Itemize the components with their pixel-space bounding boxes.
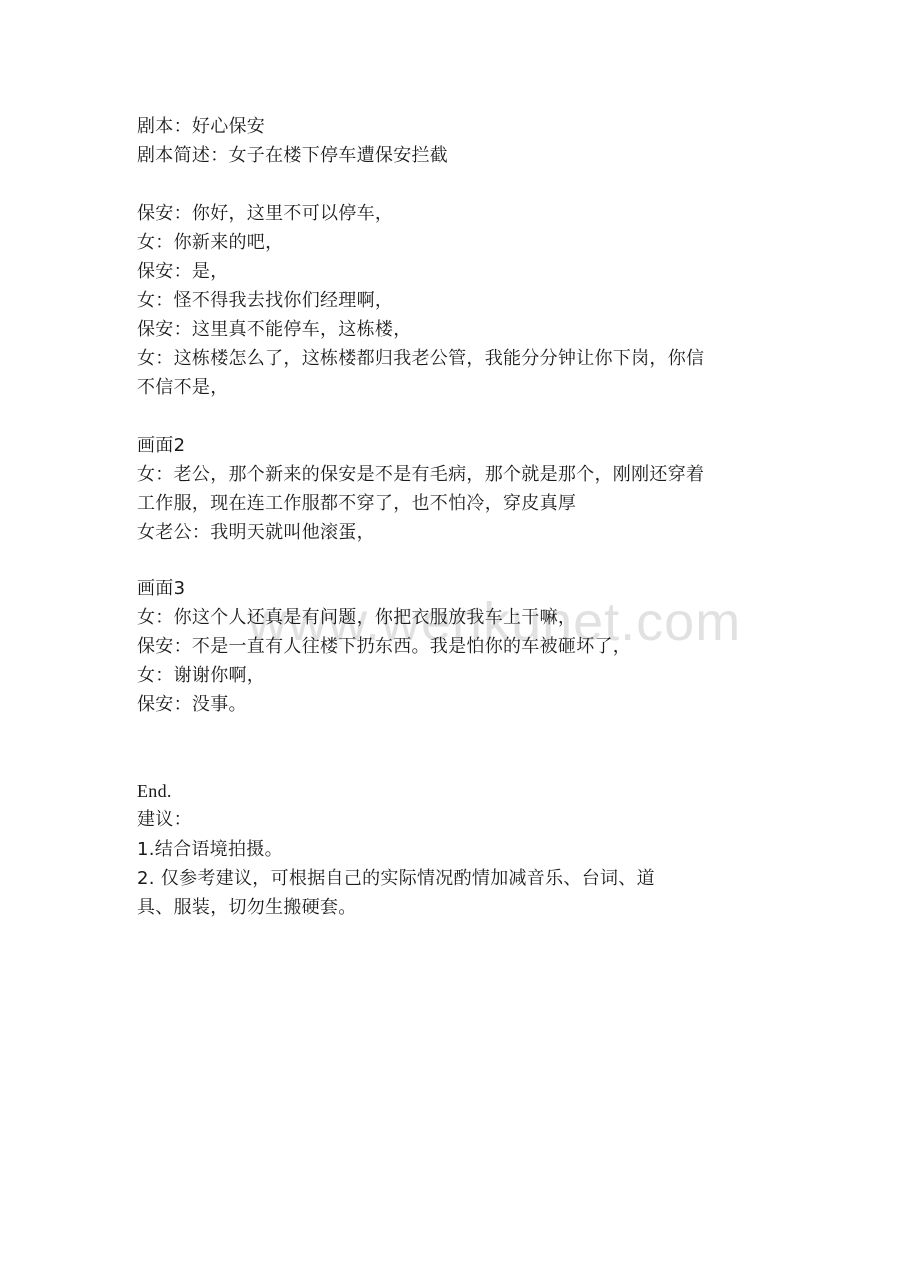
advice-item: 1.结合语境拍摄。 (137, 839, 283, 861)
dialogue-line: 保安：没事。 (137, 694, 247, 716)
dialogue-line: 不信不是， (137, 377, 229, 399)
advice-item: 2. 仅参考建议，可根据自己的实际情况酌情加减音乐、台词、道 (137, 868, 655, 890)
dialogue-line: 女：这栋楼怎么了，这栋楼都归我老公管，我能分分钟让你下岗，你信 (137, 348, 704, 370)
dialogue-line: 女老公：我明天就叫他滚蛋， (137, 522, 375, 544)
dialogue-line: 女：你新来的吧， (137, 232, 283, 254)
dialogue-line: 保安：是， (137, 261, 229, 283)
dialogue-line: 女：你这个人还真是有问题，你把衣服放我车上干嘛， (137, 607, 576, 629)
end-marker: End. (137, 780, 172, 802)
dialogue-line: 保安：不是一直有人往楼下扔东西。我是怕你的车被砸坏了， (137, 636, 631, 658)
dialogue-line: 保安：你好，这里不可以停车， (137, 203, 393, 225)
dialogue-line: 女：怪不得我去找你们经理啊， (137, 290, 393, 312)
advice-item: 具、服装，切勿生搬硬套。 (137, 897, 357, 919)
dialogue-line: 保安：这里真不能停车，这栋楼， (137, 319, 412, 341)
script-summary: 剧本简述：女子在楼下停车遭保安拦截 (137, 145, 448, 167)
scene-heading: 画面2 (137, 435, 185, 457)
script-title: 剧本：好心保安 (137, 116, 265, 138)
document-page: www.wenkunet.com 剧本：好心保安 剧本简述：女子在楼下停车遭保安… (0, 0, 904, 1280)
scene-heading: 画面3 (137, 578, 185, 600)
dialogue-line: 工作服，现在连工作服都不穿了，也不怕冷，穿皮真厚 (137, 493, 576, 515)
dialogue-line: 女：老公，那个新来的保安是不是有毛病，那个就是那个，刚刚还穿着 (137, 464, 704, 486)
advice-heading: 建议： (137, 809, 192, 831)
dialogue-line: 女：谢谢你啊， (137, 665, 265, 687)
